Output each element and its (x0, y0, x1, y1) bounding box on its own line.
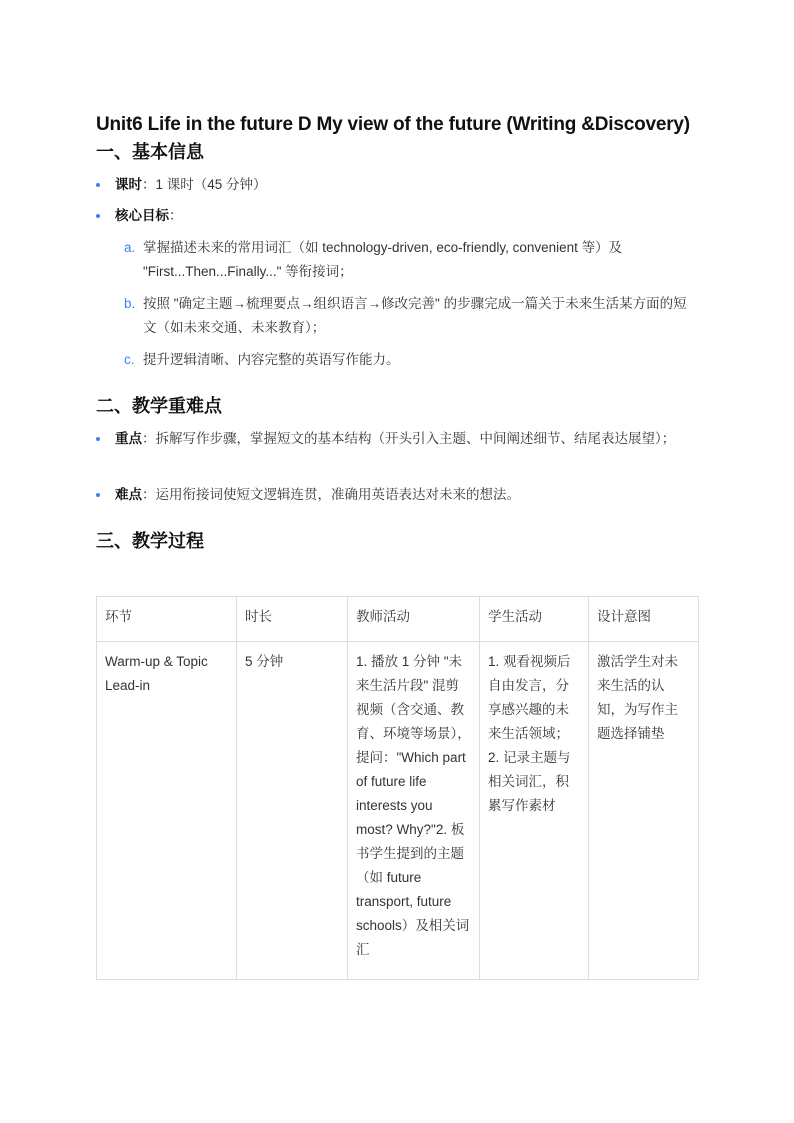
item-label: 课时 (115, 177, 142, 192)
item-label: 核心目标 (115, 208, 169, 223)
list-marker: c. (124, 348, 135, 372)
column-header-duration: 时长 (237, 597, 348, 642)
goal-item-b: b. 按照 "确定主题→梳理要点→组织语言→修改完善" 的步骤完成一篇关于未来生… (124, 292, 699, 340)
column-header-stage: 环节 (97, 597, 237, 642)
item-separator: ： (142, 431, 156, 446)
item-text: 运用衔接词使短文逻辑连贯，准确用英语表达对未来的想法。 (156, 487, 521, 502)
item-separator: ： (142, 487, 156, 502)
bullet-icon (96, 437, 100, 441)
item-separator: ： (142, 177, 156, 192)
cell-teacher-activity: 1. 播放 1 分钟 "未来生活片段" 混剪视频（含交通、教育、环境等场景），提… (348, 642, 480, 980)
goal-text: 掌握描述未来的常用词汇（如 technology-driven, eco-fri… (124, 236, 699, 284)
item-label: 重点 (115, 431, 142, 446)
column-header-student-activity: 学生活动 (480, 597, 589, 642)
bullet-icon (96, 183, 100, 187)
goal-text: 按照 "确定主题→梳理要点→组织语言→修改完善" 的步骤完成一篇关于未来生活某方… (124, 292, 699, 340)
bullet-icon (96, 493, 100, 497)
item-label: 难点 (115, 487, 142, 502)
list-item-class-hours: 课时：1 课时（45 分钟） (96, 173, 696, 197)
goal-text: 提升逻辑清晰、内容完整的英语写作能力。 (124, 348, 699, 372)
cell-stage: Warm-up & Topic Lead-in (97, 642, 237, 980)
list-item-key-point: 重点：拆解写作步骤，掌握短文的基本结构（开头引入主题、中间阐述细节、结尾表达展望… (96, 427, 696, 451)
list-item-difficult-point: 难点：运用衔接词使短文逻辑连贯，准确用英语表达对未来的想法。 (96, 483, 696, 507)
item-text: 拆解写作步骤，掌握短文的基本结构（开头引入主题、中间阐述细节、结尾表达展望）； (156, 431, 676, 446)
cell-design-intent: 激活学生对未来生活的认知，为写作主题选择铺垫 (589, 642, 699, 980)
teaching-process-table: 环节 时长 教师活动 学生活动 设计意图 Warm-up & Topic Lea… (96, 596, 699, 980)
section-heading-basic-info: 一、基本信息 (96, 138, 204, 164)
document-page: Unit6 Life in the future D My view of th… (0, 0, 794, 1123)
item-separator: ： (169, 208, 183, 223)
document-title: Unit6 Life in the future D My view of th… (96, 114, 690, 136)
table-header-row: 环节 时长 教师活动 学生活动 设计意图 (97, 597, 699, 642)
column-header-design-intent: 设计意图 (589, 597, 699, 642)
list-item-core-goals: 核心目标： (96, 204, 696, 228)
section-heading-teaching-process: 三、教学过程 (96, 527, 204, 553)
section-heading-key-points: 二、教学重难点 (96, 392, 222, 418)
bullet-icon (96, 214, 100, 218)
cell-duration: 5 分钟 (237, 642, 348, 980)
cell-student-activity: 1. 观看视频后自由发言，分享感兴趣的未来生活领域；2. 记录主题与相关词汇，积… (480, 642, 589, 980)
column-header-teacher-activity: 教师活动 (348, 597, 480, 642)
goal-item-a: a. 掌握描述未来的常用词汇（如 technology-driven, eco-… (124, 236, 699, 284)
list-marker: b. (124, 292, 135, 316)
item-text: 1 课时（45 分钟） (156, 177, 267, 192)
table-row: Warm-up & Topic Lead-in 5 分钟 1. 播放 1 分钟 … (97, 642, 699, 980)
goal-item-c: c. 提升逻辑清晰、内容完整的英语写作能力。 (124, 348, 699, 372)
list-marker: a. (124, 236, 135, 260)
